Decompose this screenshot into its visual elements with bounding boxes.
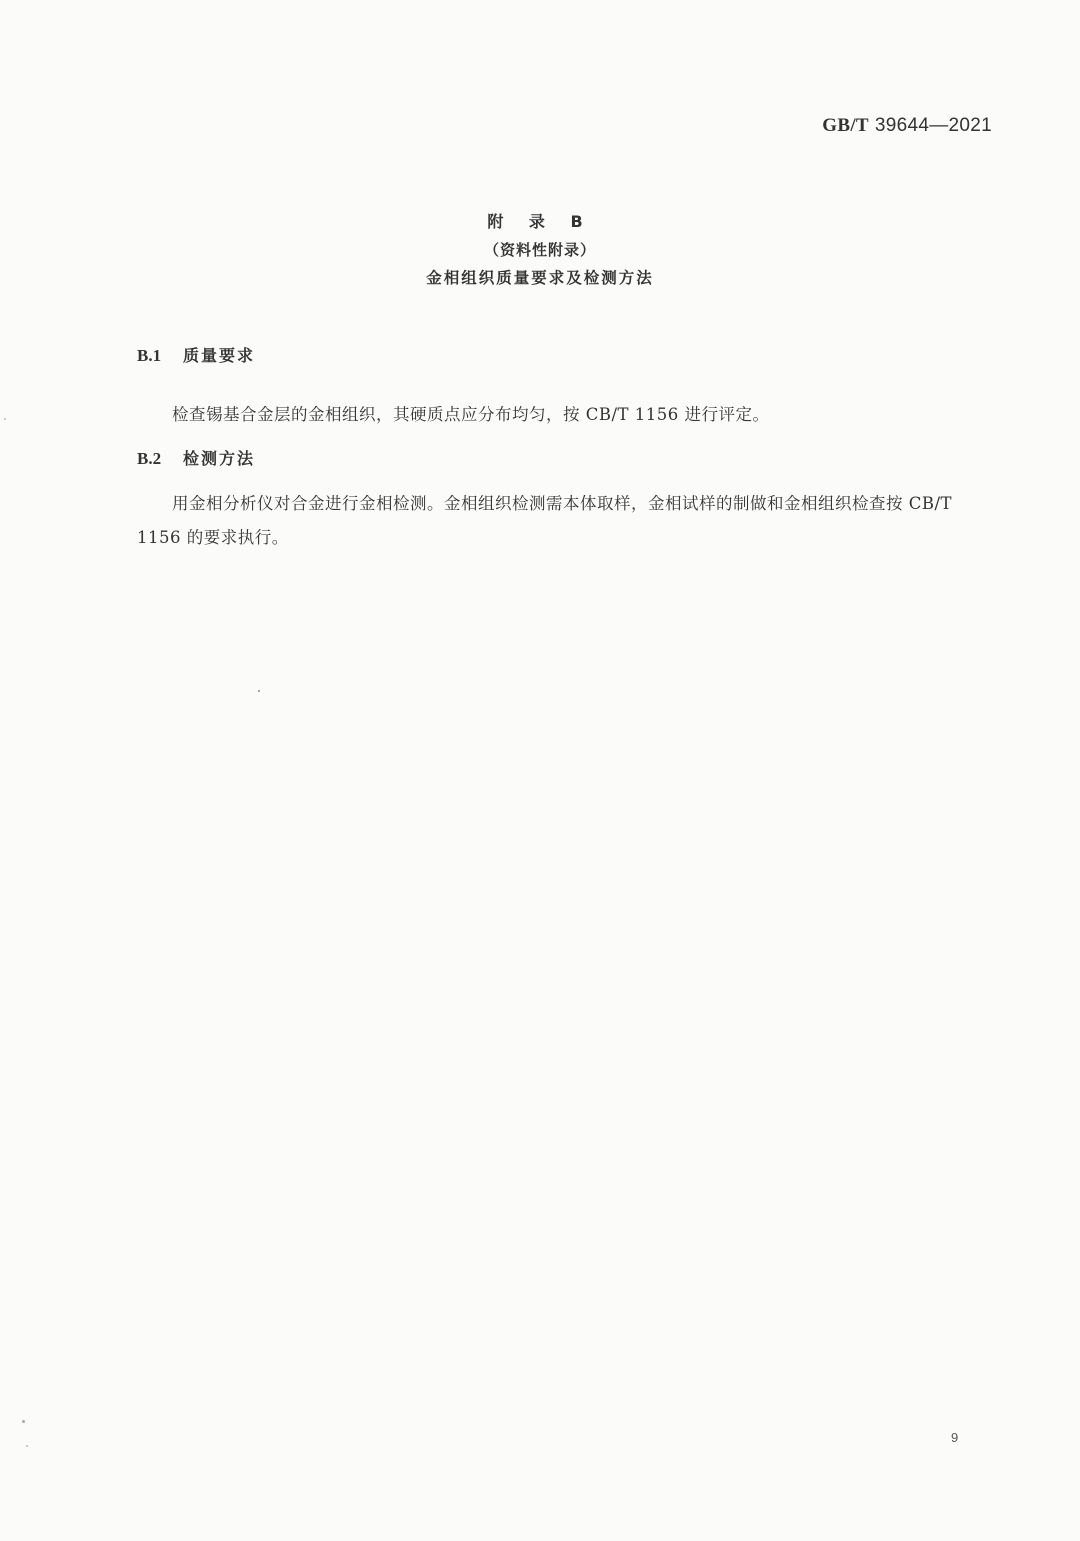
section-title: 检测方法 bbox=[183, 449, 255, 468]
section-b2-paragraph: 用金相分析仪对合金进行金相检测。金相组织检测需本体取样，金相试样的制做和金相组织… bbox=[137, 487, 993, 555]
scan-speck bbox=[4, 418, 6, 420]
section-number: B.1 bbox=[137, 346, 183, 366]
section-heading-b2: B.2检测方法 bbox=[137, 446, 255, 469]
section-heading-b1: B.1质量要求 bbox=[137, 343, 255, 366]
section-title: 质量要求 bbox=[183, 346, 255, 365]
standard-number: 39644—2021 bbox=[875, 115, 992, 136]
section-number: B.2 bbox=[137, 449, 183, 469]
scan-speck bbox=[258, 690, 260, 692]
annex-name: 金相组织质量要求及检测方法 bbox=[0, 264, 1080, 292]
section-b1-paragraph: 检查锡基合金层的金相组织，其硬质点应分布均匀，按 CB/T 1156 进行评定。 bbox=[137, 398, 993, 432]
annex-type: （资料性附录） bbox=[0, 236, 1080, 264]
document-page: GB/T39644—2021 附 录 B （资料性附录） 金相组织质量要求及检测… bbox=[0, 0, 1080, 1541]
standard-code: GB/T39644—2021 bbox=[822, 114, 992, 137]
scan-speck bbox=[26, 1445, 28, 1447]
standard-prefix: GB/T bbox=[822, 115, 869, 136]
annex-title: 附 录 B bbox=[0, 208, 1080, 236]
annex-heading: 附 录 B （资料性附录） 金相组织质量要求及检测方法 bbox=[0, 208, 1080, 292]
page-number: 9 bbox=[951, 1430, 958, 1445]
scan-speck bbox=[22, 1420, 25, 1423]
